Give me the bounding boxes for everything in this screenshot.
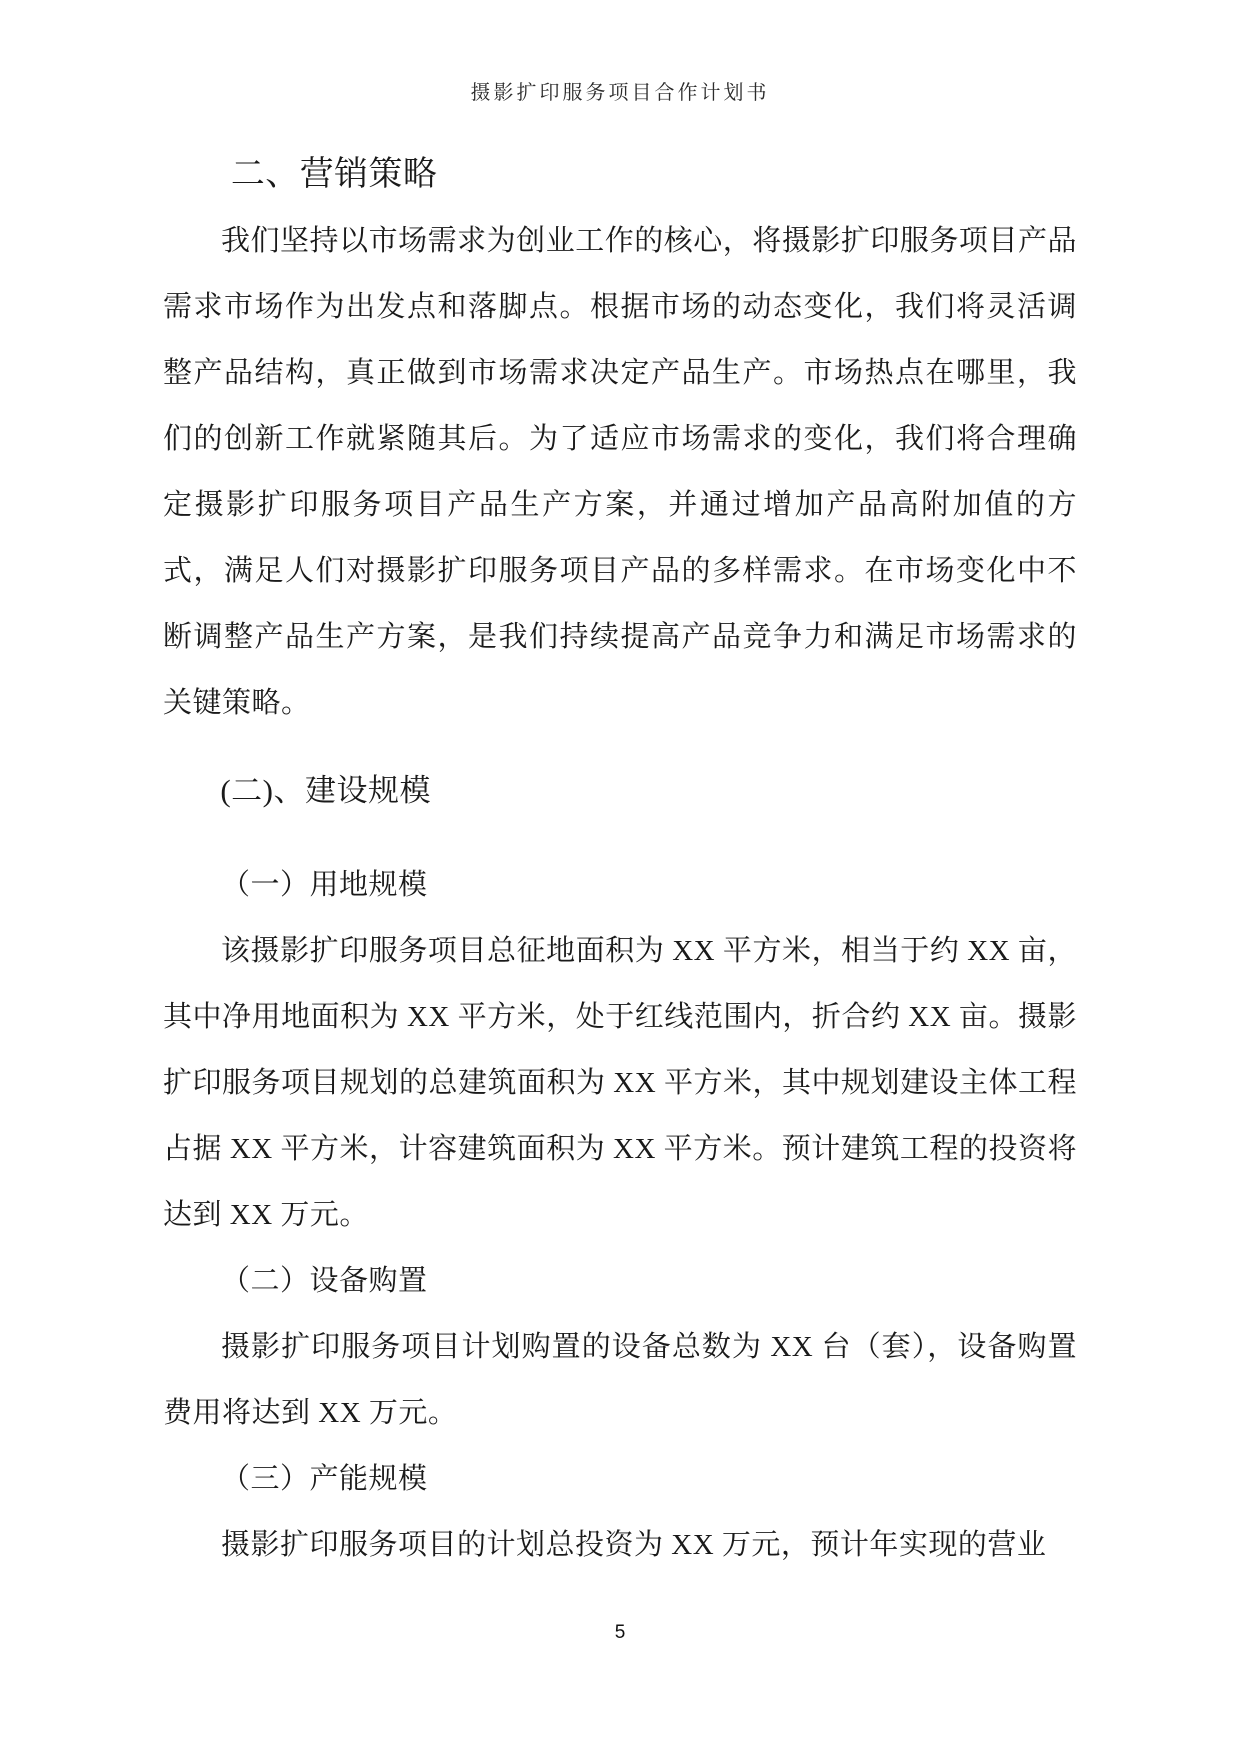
sub-heading-capacity-scale: （三）产能规模	[163, 1446, 1077, 1512]
document-page: 摄影扩印服务项目合作计划书 二、营销策略 我们坚持以市场需求为创业工作的核心，将…	[0, 0, 1240, 1753]
page-number: 5	[0, 1622, 1240, 1644]
paragraph-land-scale: 该摄影扩印服务项目总征地面积为 XX 平方米，相当于约 XX 亩，其中净用地面积…	[163, 918, 1077, 1248]
document-body: 二、营销策略 我们坚持以市场需求为创业工作的核心，将摄影扩印服务项目产品需求市场…	[163, 142, 1077, 1578]
section-heading-marketing-strategy: 二、营销策略	[163, 142, 1077, 208]
sub-heading-land-scale: （一）用地规模	[163, 852, 1077, 918]
paragraph-marketing-strategy: 我们坚持以市场需求为创业工作的核心，将摄影扩印服务项目产品需求市场作为出发点和落…	[163, 208, 1077, 736]
chapter-heading-construction-scale: (二)、建设规模	[163, 758, 1077, 824]
paragraph-equipment-purchase: 摄影扩印服务项目计划购置的设备总数为 XX 台（套），设备购置费用将达到 XX …	[163, 1314, 1077, 1446]
sub-heading-equipment-purchase: （二）设备购置	[163, 1248, 1077, 1314]
paragraph-capacity-scale: 摄影扩印服务项目的计划总投资为 XX 万元，预计年实现的营业	[163, 1512, 1077, 1578]
running-header: 摄影扩印服务项目合作计划书	[0, 76, 1240, 105]
